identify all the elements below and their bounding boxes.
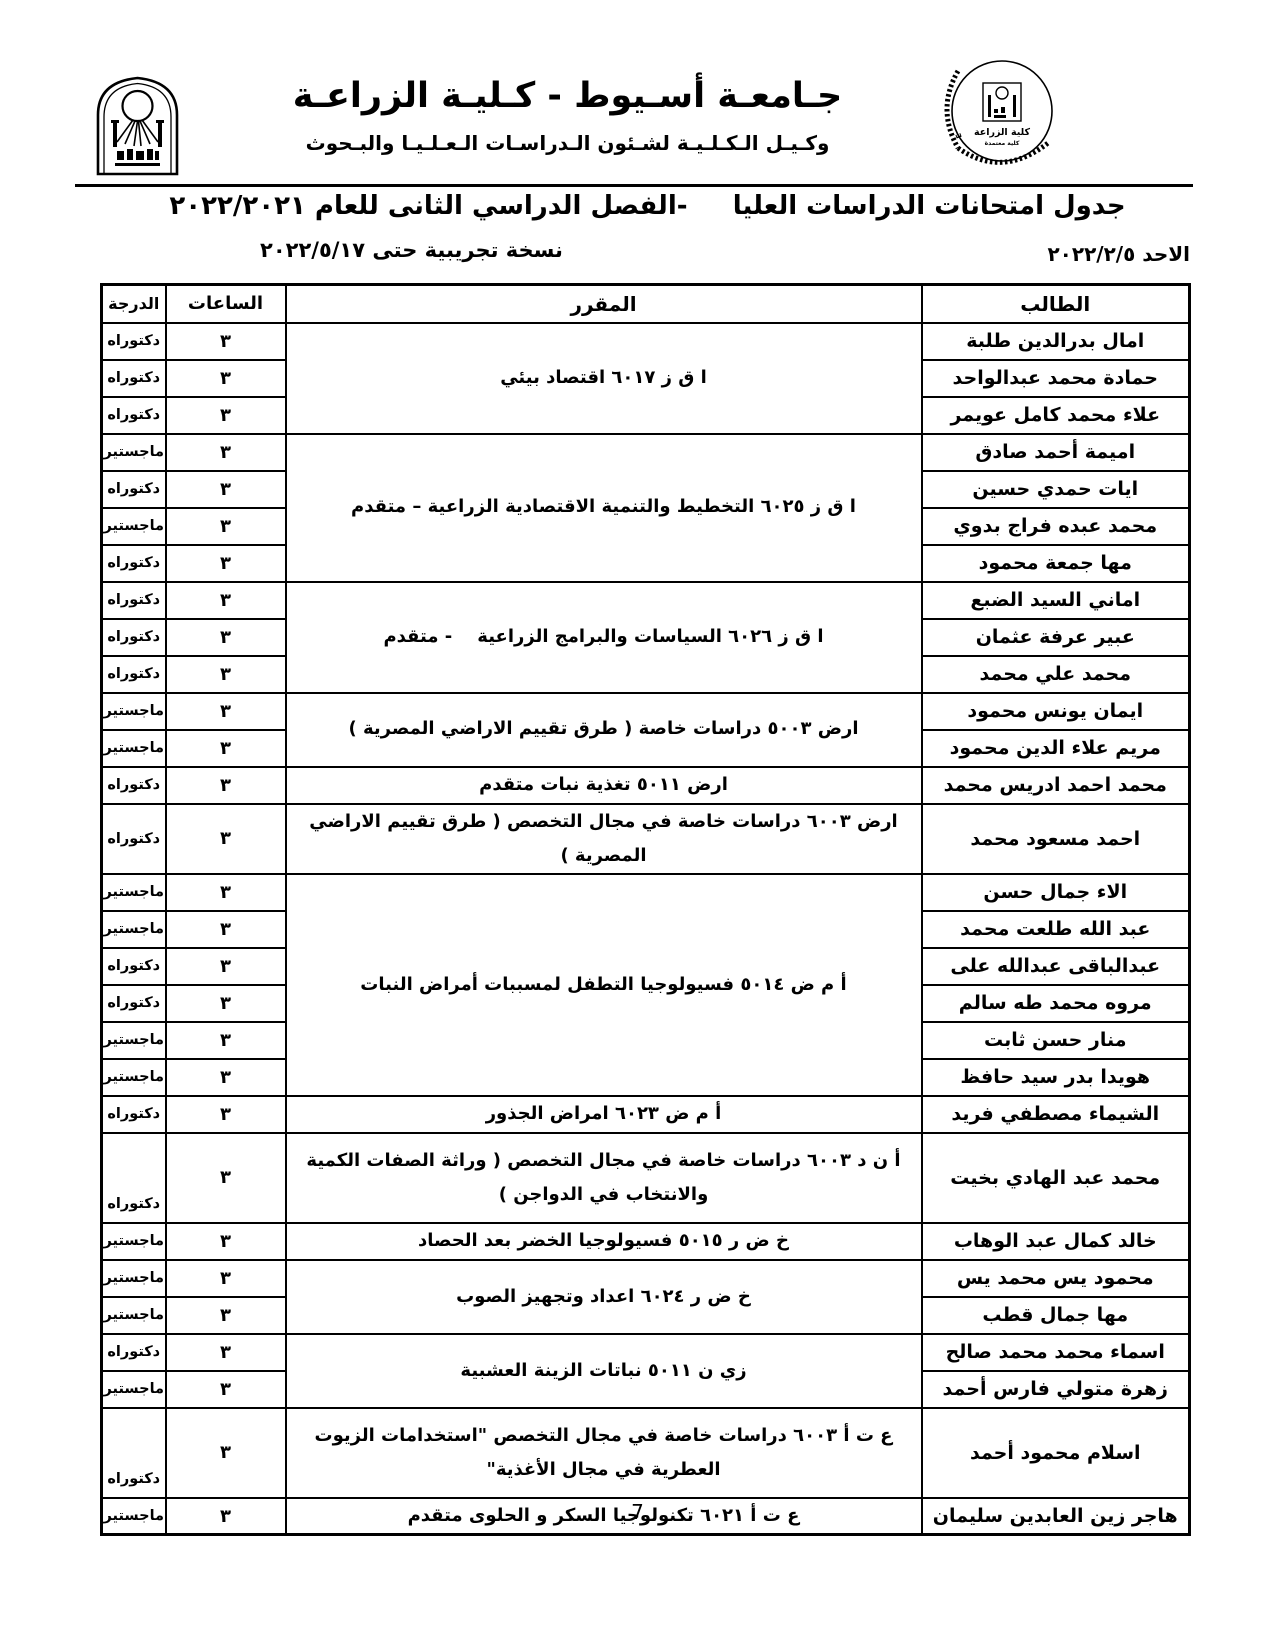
degree-value: ماجستير — [102, 1059, 166, 1096]
hours-value: ٣ — [166, 1022, 286, 1059]
student-name: الشيماء مصطفي فريد — [922, 1096, 1190, 1133]
degree-value: ماجستير — [102, 730, 166, 767]
degree-value: دكتوراه — [102, 948, 166, 985]
vice-dean-line: وكـيـل الـكـلـيـة لشـئون الـدراسـات الـع… — [285, 131, 850, 155]
hours-value: ٣ — [166, 730, 286, 767]
hours-value: ٣ — [166, 508, 286, 545]
seal-sub-text: كلية معتمدة — [985, 140, 1020, 147]
hours-value: ٣ — [166, 360, 286, 397]
student-name: خالد كمال عبد الوهاب — [922, 1223, 1190, 1260]
arch-seal-graphic — [93, 73, 182, 179]
course-name: ارض ٥٠٠٣ دراسات خاصة ( طرق تقييم الاراضي… — [286, 693, 922, 767]
hours-value: ٣ — [166, 1223, 286, 1260]
hours-value: ٣ — [166, 693, 286, 730]
table-row: الاء جمال حسنأ م ض ٥٠١٤ فسيولوجيا التطفل… — [102, 874, 1190, 911]
degree-value: ماجستير — [102, 874, 166, 911]
day-date-label: الاحد ٢٠٢٢/٢/٥ — [1047, 242, 1190, 266]
degree-value: ماجستير — [102, 434, 166, 471]
degree-value: دكتوراه — [102, 582, 166, 619]
exam-schedule-title: جدول امتحانات الدراسات العليا -الفصل الد… — [105, 191, 1190, 221]
column-header-course: المقرر — [286, 285, 922, 323]
hours-value: ٣ — [166, 767, 286, 804]
table-header-row: الطالب المقرر الساعات الدرجة — [102, 285, 1190, 323]
student-name: ايمان يونس محمود — [922, 693, 1190, 730]
column-header-student: الطالب — [922, 285, 1190, 323]
degree-value: دكتوراه — [102, 471, 166, 508]
hours-value: ٣ — [166, 656, 286, 693]
degree-value: دكتوراه — [102, 619, 166, 656]
course-name: ا ق ز ٦٠٢٦ السياسات والبرامج الزراعية - … — [286, 582, 922, 693]
hours-value: ٣ — [166, 804, 286, 874]
seal-arc-text: ASSIUT UNIVERSITY FACULTY OF AGRICULTURE — [928, 53, 964, 140]
document-page: جـامعـة أسـيوط - كـليـة الزراعـة وكـيـل … — [0, 0, 1275, 1650]
degree-value: ماجستير — [102, 1260, 166, 1297]
hours-value: ٣ — [166, 545, 286, 582]
hours-value: ٣ — [166, 582, 286, 619]
page-number: 7 — [0, 1500, 1275, 1524]
student-name: مريم علاء الدين محمود — [922, 730, 1190, 767]
degree-value: ماجستير — [102, 1223, 166, 1260]
student-name: مها جمعة محمود — [922, 545, 1190, 582]
hours-value: ٣ — [166, 619, 286, 656]
course-name: ارض ٦٠٠٣ دراسات خاصة في مجال التخصص ( طر… — [286, 804, 922, 874]
column-header-hours: الساعات — [166, 285, 286, 323]
course-name: ا ق ز ٦٠٢٥ التخطيط والتنمية الاقتصادية ا… — [286, 434, 922, 582]
hours-value: ٣ — [166, 1260, 286, 1297]
degree-value: دكتوراه — [102, 985, 166, 1022]
degree-value: دكتوراه — [102, 656, 166, 693]
hours-value: ٣ — [166, 397, 286, 434]
draft-version-note: نسخة تجريبية حتى ٢٠٢٢/٥/١٧ — [260, 238, 563, 262]
table-row: اسلام محمود أحمدع ت أ ٦٠٠٣ دراسات خاصة ف… — [102, 1408, 1190, 1498]
header-divider-line — [75, 184, 1193, 187]
hours-value: ٣ — [166, 985, 286, 1022]
course-name: خ ض ر ٦٠٢٤ اعداد وتجهيز الصوب — [286, 1260, 922, 1334]
degree-value: ماجستير — [102, 693, 166, 730]
table-row: ايمان يونس محمودارض ٥٠٠٣ دراسات خاصة ( ط… — [102, 693, 1190, 730]
assiut-university-seal-icon — [93, 73, 182, 179]
hours-value: ٣ — [166, 1334, 286, 1371]
student-name: احمد مسعود محمد — [922, 804, 1190, 874]
course-name: ا ق ز ٦٠١٧ اقتصاد بيئي — [286, 323, 922, 434]
student-name: مروه محمد طه سالم — [922, 985, 1190, 1022]
course-name: أ ن د ٦٠٠٣ دراسات خاصة في مجال التخصص ( … — [286, 1133, 922, 1223]
table-row: محمود يس محمد يسخ ض ر ٦٠٢٤ اعداد وتجهيز … — [102, 1260, 1190, 1297]
degree-value: دكتوراه — [102, 767, 166, 804]
exam-schedule-table: الطالب المقرر الساعات الدرجة امال بدرالد… — [100, 283, 1191, 1536]
faculty-of-agriculture-seal-icon: ASSIUT UNIVERSITY FACULTY OF AGRICULTURE… — [928, 53, 1064, 183]
hours-value: ٣ — [166, 323, 286, 360]
hours-value: ٣ — [166, 1096, 286, 1133]
student-name: حمادة محمد عبدالواحد — [922, 360, 1190, 397]
hours-value: ٣ — [166, 1371, 286, 1408]
round-seal-graphic: ASSIUT UNIVERSITY FACULTY OF AGRICULTURE… — [928, 53, 1064, 183]
degree-value: دكتوراه — [102, 323, 166, 360]
hours-value: ٣ — [166, 948, 286, 985]
degree-value: دكتوراه — [102, 360, 166, 397]
student-name: منار حسن ثابت — [922, 1022, 1190, 1059]
degree-value: دكتوراه — [102, 1408, 166, 1498]
student-name: محمد عبد الهادي بخيت — [922, 1133, 1190, 1223]
hours-value: ٣ — [166, 471, 286, 508]
seal-center-text: كلية الزراعة — [974, 127, 1031, 138]
student-name: اسلام محمود أحمد — [922, 1408, 1190, 1498]
student-name: محمد علي محمد — [922, 656, 1190, 693]
degree-value: ماجستير — [102, 1022, 166, 1059]
student-name: علاء محمد كامل عويمر — [922, 397, 1190, 434]
table-row: الشيماء مصطفي فريدأ م ض ٦٠٢٣ امراض الجذو… — [102, 1096, 1190, 1133]
table-row: اميمة أحمد صادقا ق ز ٦٠٢٥ التخطيط والتنم… — [102, 434, 1190, 471]
hours-value: ٣ — [166, 1133, 286, 1223]
student-name: اميمة أحمد صادق — [922, 434, 1190, 471]
table-row: احمد مسعود محمدارض ٦٠٠٣ دراسات خاصة في م… — [102, 804, 1190, 874]
degree-value: دكتوراه — [102, 397, 166, 434]
hours-value: ٣ — [166, 911, 286, 948]
degree-value: ماجستير — [102, 1371, 166, 1408]
degree-value: دكتوراه — [102, 1096, 166, 1133]
hours-value: ٣ — [166, 1408, 286, 1498]
degree-value: دكتوراه — [102, 545, 166, 582]
degree-value: دكتوراه — [102, 1133, 166, 1223]
hours-value: ٣ — [166, 874, 286, 911]
course-name: زي ن ٥٠١١ نباتات الزينة العشبية — [286, 1334, 922, 1408]
course-name: أ م ض ٥٠١٤ فسيولوجيا التطفل لمسببات أمرا… — [286, 874, 922, 1096]
student-name: امال بدرالدين طلبة — [922, 323, 1190, 360]
table-row: اسماء محمد محمد صالحزي ن ٥٠١١ نباتات الز… — [102, 1334, 1190, 1371]
table-row: اماني السيد الضبعا ق ز ٦٠٢٦ السياسات وال… — [102, 582, 1190, 619]
course-name: أ م ض ٦٠٢٣ امراض الجذور — [286, 1096, 922, 1133]
degree-value: دكتوراه — [102, 1334, 166, 1371]
table-row: محمد عبد الهادي بخيتأ ن د ٦٠٠٣ دراسات خا… — [102, 1133, 1190, 1223]
student-name: عبد الله طلعت محمد — [922, 911, 1190, 948]
university-title: جـامعـة أسـيوط - كـليـة الزراعـة — [285, 76, 850, 116]
student-name: ايات حمدي حسين — [922, 471, 1190, 508]
degree-value: دكتوراه — [102, 804, 166, 874]
student-name: عبير عرفة عثمان — [922, 619, 1190, 656]
student-name: محمود يس محمد يس — [922, 1260, 1190, 1297]
student-name: زهرة متولي فارس أحمد — [922, 1371, 1190, 1408]
degree-value: ماجستير — [102, 1297, 166, 1334]
hours-value: ٣ — [166, 434, 286, 471]
table-row: خالد كمال عبد الوهابخ ض ر ٥٠١٥ فسيولوجيا… — [102, 1223, 1190, 1260]
hours-value: ٣ — [166, 1059, 286, 1096]
course-name: خ ض ر ٥٠١٥ فسيولوجيا الخضر بعد الحصاد — [286, 1223, 922, 1260]
column-header-degree: الدرجة — [102, 285, 166, 323]
student-name: عبدالباقى عبدالله على — [922, 948, 1190, 985]
student-name: محمد احمد ادريس محمد — [922, 767, 1190, 804]
student-name: محمد عبده فراج بدوي — [922, 508, 1190, 545]
course-name: ارض ٥٠١١ تغذية نبات متقدم — [286, 767, 922, 804]
degree-value: ماجستير — [102, 911, 166, 948]
table-row: امال بدرالدين طلبةا ق ز ٦٠١٧ اقتصاد بيئي… — [102, 323, 1190, 360]
student-name: اسماء محمد محمد صالح — [922, 1334, 1190, 1371]
student-name: اماني السيد الضبع — [922, 582, 1190, 619]
hours-value: ٣ — [166, 1297, 286, 1334]
table-row: محمد احمد ادريس محمدارض ٥٠١١ تغذية نبات … — [102, 767, 1190, 804]
degree-value: ماجستير — [102, 508, 166, 545]
student-name: هويدا بدر سيد حافظ — [922, 1059, 1190, 1096]
student-name: مها جمال قطب — [922, 1297, 1190, 1334]
course-name: ع ت أ ٦٠٠٣ دراسات خاصة في مجال التخصص "ا… — [286, 1408, 922, 1498]
student-name: الاء جمال حسن — [922, 874, 1190, 911]
